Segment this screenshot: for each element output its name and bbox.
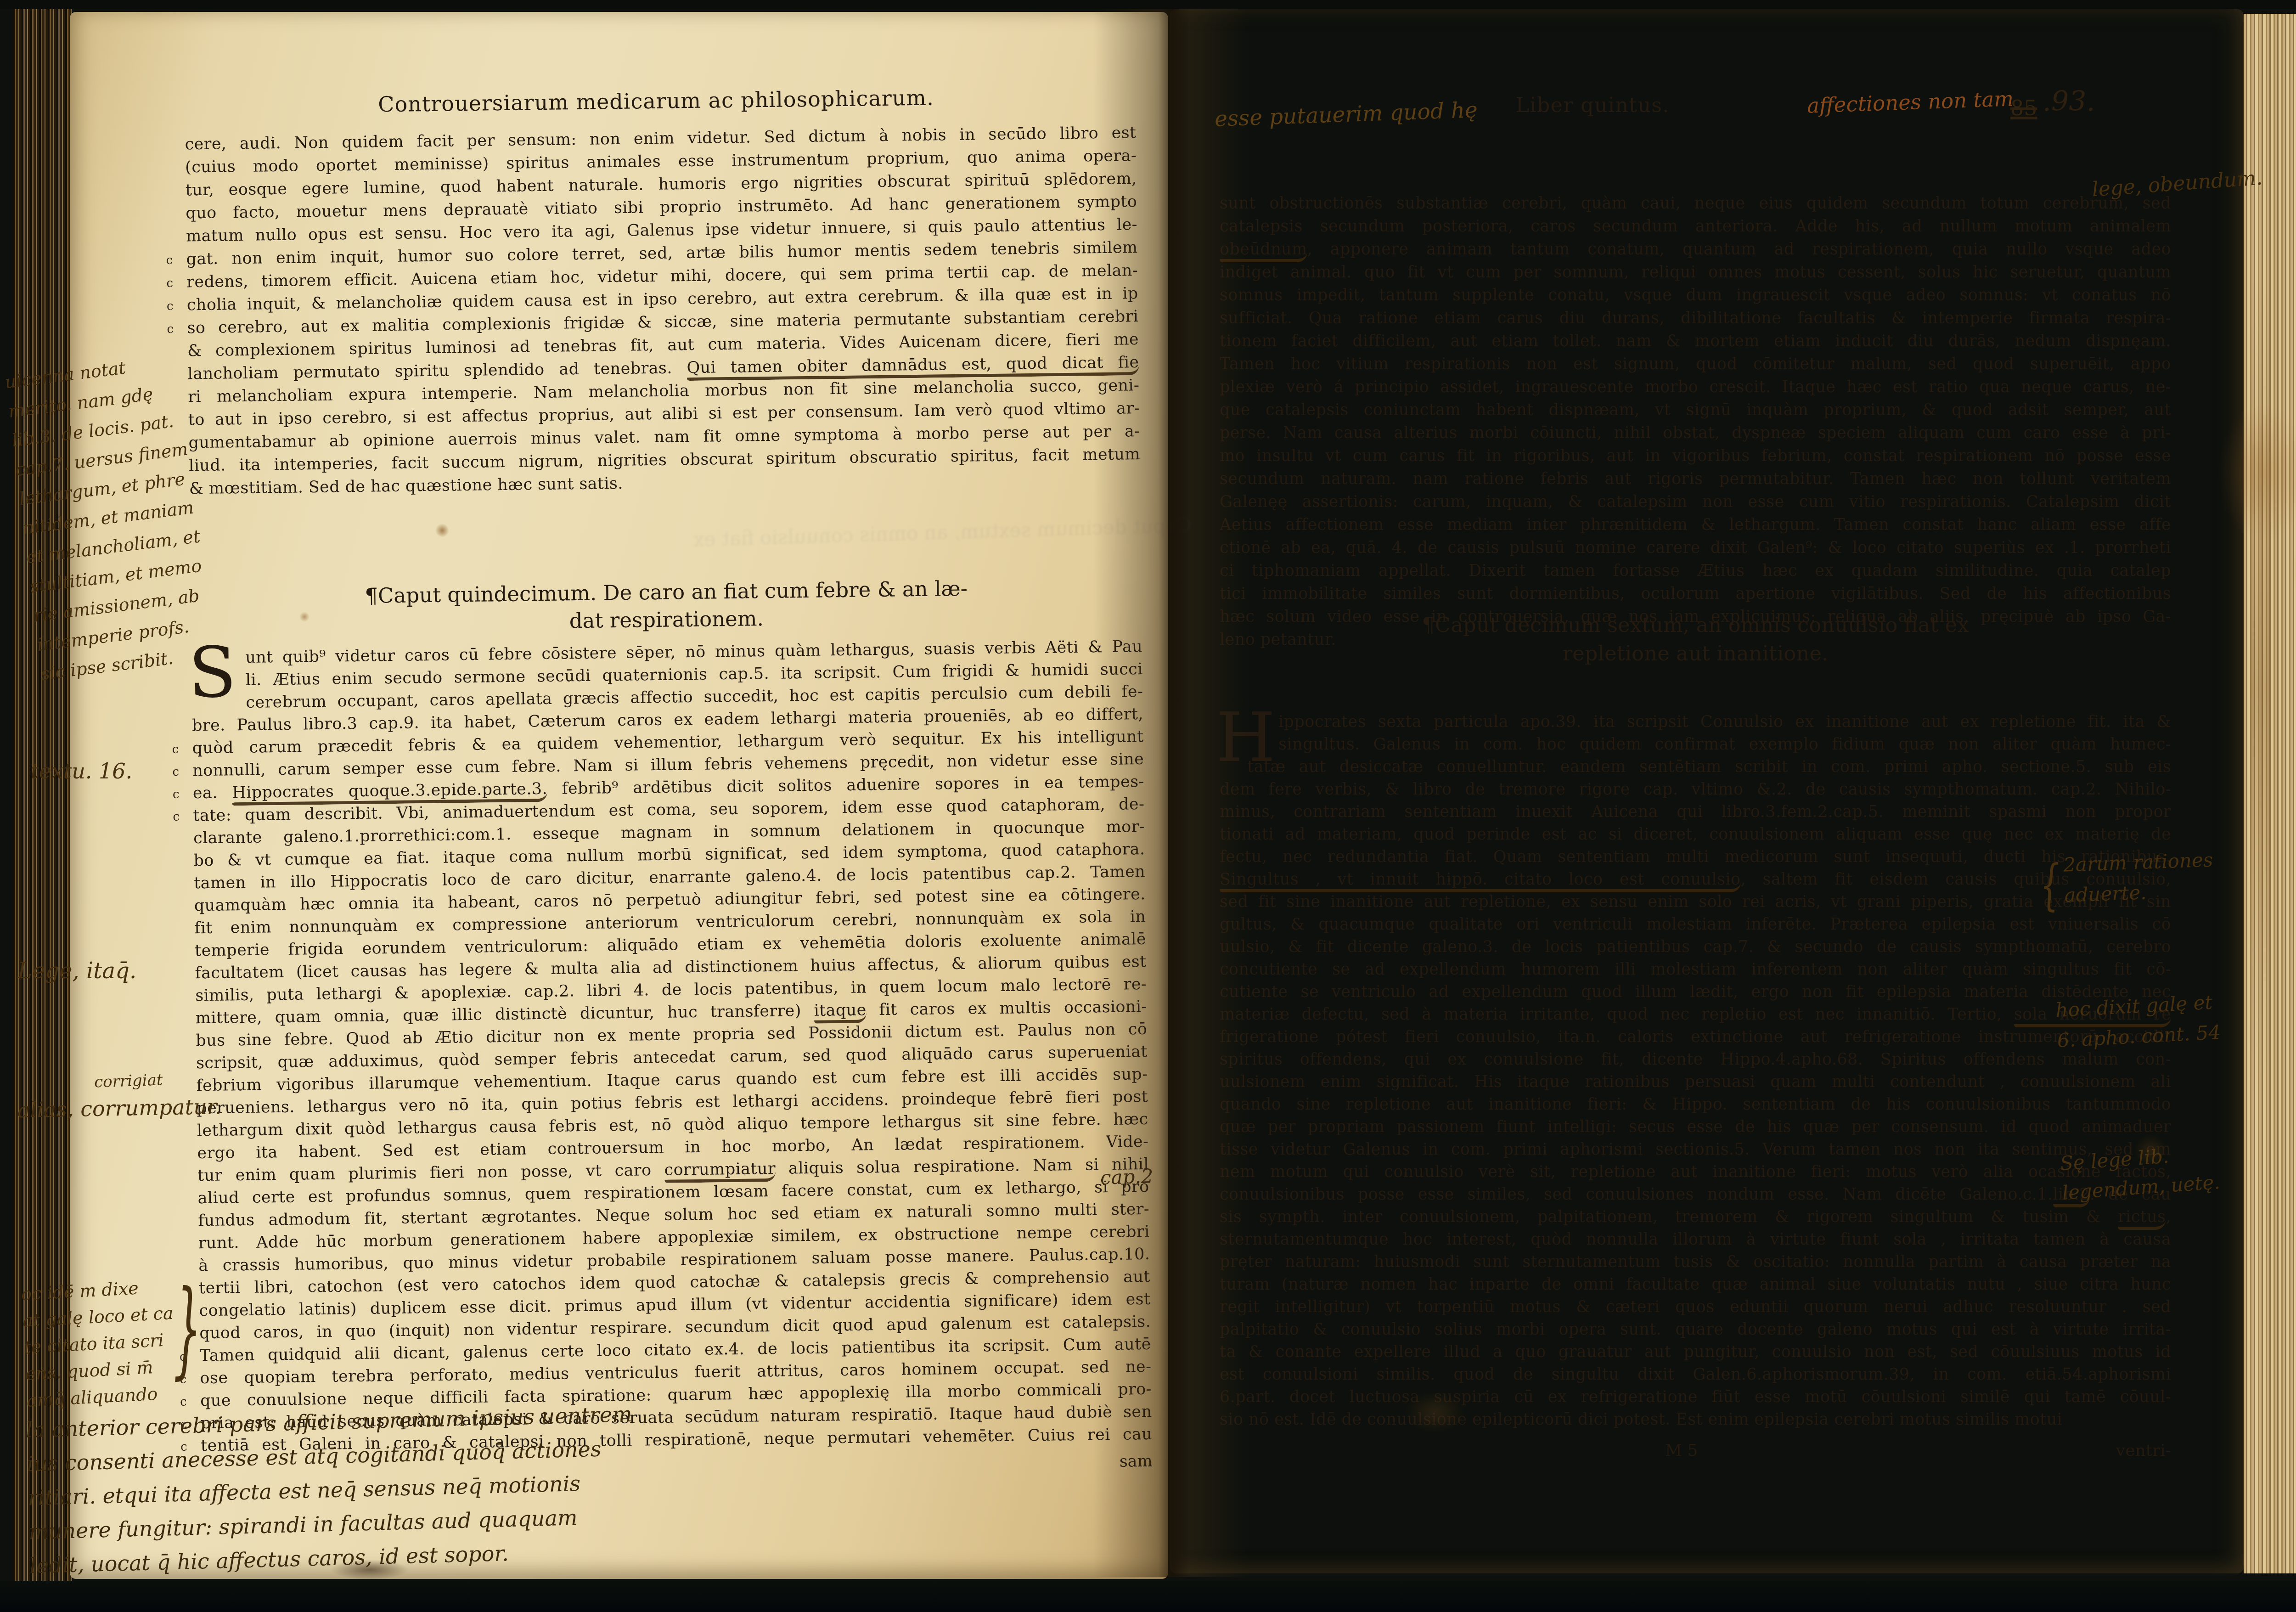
right-page: Controuersiarum medicarum ac philosophic… [1170, 9, 2244, 1573]
ink-underline: Singultus , vt innuit hippō. citato loco… [1220, 870, 1741, 892]
text-line: cutiente se ventriculo ad expellendum qu… [1220, 981, 2171, 1003]
left-page-content: Caput decimum sextum, an omnis conuulsio… [60, 6, 1178, 1586]
chapter-15-text: unt quib⁹ videtur caros cū febre cōsiste… [191, 636, 1152, 1457]
text-line: sis sympth. inter conuulsionem, palpitat… [1220, 1206, 2171, 1229]
margin-note-hoc-idem: oc idē m dixeat galę loco et cate citato… [21, 1273, 184, 1414]
text-line: materiæ defectu, sed à materia irritante… [1220, 1003, 2171, 1026]
paragraph-continuation: sunt obstructionēs substantiæ cerebri, q… [1220, 192, 2171, 651]
signature-mark: M 5 [1665, 1441, 2070, 1460]
ink-underline: corrumpiatur [664, 1160, 776, 1183]
margin-note-auicenna: uicenna notatmerito. nam gdęlib.3. de lo… [3, 344, 239, 688]
page-edges-right [2244, 14, 2296, 1573]
chapter-heading-line: repletione aut inanitione. [1220, 639, 2171, 668]
margin-note-corrigiat: corrigiat [94, 1071, 163, 1091]
signature-row: M 5 ventri- [1220, 1441, 2171, 1460]
text-line: Galenęę assertionis: carum, inquam, & ca… [1220, 490, 2171, 513]
chapter-heading-15: ¶Caput quindecimum. De caro an fiat cum … [190, 573, 1142, 639]
manuscript-brace: { [2038, 826, 2062, 944]
spacer [1220, 1441, 1665, 1460]
text-line: nem motum qui conuulsio verè sit, replet… [1220, 1161, 2171, 1184]
text-line: singultus. Galenus in com. hoc quidem co… [1220, 733, 2171, 756]
text-line: indiget animal. quo fit vt cum per somnu… [1220, 261, 2171, 284]
photo-border-top [0, 0, 2296, 9]
paragraph-continuation: cere, audi. Non quidem facit per sensum:… [185, 121, 1141, 500]
book-photo: Caput decimum sextum, an omnis conuulsio… [0, 0, 2296, 1612]
text-line: mo insultu vt cum carus fit in rigoribus… [1220, 445, 2171, 468]
text-line: palpitatio & conuulsio solius morbi oper… [1220, 1319, 2171, 1341]
ink-underline: itaque [814, 1001, 867, 1023]
text-line: Aetius affectionem esse mediam inter phr… [1220, 513, 2171, 536]
margin-note-lege-itaque: Lege, itaq̄. [17, 958, 136, 984]
text-line: tionati ad materiam, quod perinde est ac… [1220, 823, 2171, 846]
text-line: ci tiphomaniam appellat. Dixerit tamen f… [1220, 559, 2171, 582]
margin-note-textu16: textu. 16. [30, 759, 132, 783]
chapter-heading-line: ¶Caput decimum sextum, an omnis conuulsi… [1220, 611, 2171, 639]
chapter-16-text: ippocrates sexta particula apo.39. ita s… [1220, 711, 2171, 1431]
catchword: ventri- [2070, 1441, 2171, 1460]
text-line: sunt obstructionēs substantiæ cerebri, q… [1220, 192, 2171, 215]
text-line: 2arum rationes [2063, 845, 2213, 880]
text-line: quæ per propriam passionem fiunt intelli… [1220, 1116, 2171, 1139]
margin-note-rationes: { 2arum rationesaduerte. [2038, 845, 2215, 919]
text-line: ta & conante expellere illud a quo graua… [1220, 1341, 2171, 1364]
text-line: est conuulsioni similis. quod de singult… [1220, 1364, 2171, 1386]
margin-note-rationes-text: 2arum rationesaduerte. [2063, 845, 2215, 919]
showthrough-text: Caput decimum sextum, an omnis conuulsio… [549, 514, 1192, 556]
text-line: 6.part. docet luctuosa suspiria cū ex re… [1220, 1386, 2171, 1409]
running-header: Liber quintus. [1491, 93, 1694, 117]
text-line: gultus, & quacumque qualitate ori ventri… [1220, 913, 2171, 936]
text-line: sufficiat. Qua ratione etiam carus diu d… [1220, 307, 2171, 330]
text-line: uulsio, & fit dicente galeno.3. de locis… [1220, 936, 2171, 958]
chapter-heading-16: ¶Caput decimum sextum, an omnis conuulsi… [1220, 611, 2171, 668]
text-line: ctionē ab ea, quā. 4. de causis pulsuū n… [1220, 536, 2171, 559]
struck-page-number: 85 [2010, 96, 2037, 120]
margin-note-sic-lege: Sę lege lib.legendum, uetę. [2059, 1138, 2221, 1208]
text-line: conuulsionibus posse esse similes, sed c… [1220, 1184, 2171, 1206]
text-line: somnus impedit, tantum supplente conatu,… [1220, 284, 2171, 307]
left-page: Caput decimum sextum, an omnis conuulsio… [70, 12, 1168, 1579]
text-line: sternutamentumque hoc interest, quòd non… [1220, 1229, 2171, 1251]
text-line: regit intelligitur) vt torpentiū motus &… [1220, 1296, 2171, 1319]
text-line: plexiæ verò á principio assidet, ingraue… [1220, 376, 2171, 399]
text-line: ippocrates sexta particula apo.39. ita s… [1220, 711, 2171, 733]
text-line: que catalepsis coniunctam habent dispnæa… [1220, 399, 2171, 422]
bottom-handwriting: la anterior cerebri pars afficit supremu… [25, 1394, 746, 1583]
margin-note-cap2: cap.2 [1100, 1165, 1154, 1189]
text-line: Singultus , vt innuit hippō. citato loco… [1220, 868, 2171, 891]
text-line: frigeratione pótest fieri conuulsio, ita… [1220, 1026, 2171, 1048]
text-line: minus, contrariam sententiam inuexit Aui… [1220, 801, 2171, 823]
text-line: spiritus offendens, qui ex conuulsione f… [1220, 1048, 2171, 1071]
text-line: dem fere verbis, & libro de tremore rigo… [1220, 778, 2171, 801]
running-header: Controuersiarum medicarum ac philosophic… [176, 83, 1136, 119]
text-line: Tamen hoc vitium respirationis non est s… [1220, 353, 2171, 376]
text-line: secundum naturam. nam ratione febris aut… [1220, 468, 2171, 490]
text-line: fectu, nec redundantia fiat. Quam senten… [1220, 846, 2171, 868]
handwritten-page-number: .93. [2043, 85, 2095, 118]
margin-note-alias-corrumpatur: alias, corrumpatur. [17, 1094, 222, 1122]
text-line: obeūdnum, apponere animam tantum conatum… [1220, 238, 2171, 261]
text-line: sed fit sine inanitione aut repletione, … [1220, 891, 2171, 913]
text-line: tionem faciet difficilem, aut etiam toll… [1220, 330, 2171, 353]
ink-underline: obeūdnum [1220, 240, 1307, 262]
text-line: uulsionem enim significat. His itaque ra… [1220, 1071, 2171, 1093]
text-line: catalepsis secundum posteriora, caros se… [1220, 215, 2171, 238]
text-line: tici immobilitate similes sunt dormienti… [1220, 582, 2171, 605]
text-line: quando sine repletione aut inanitione fi… [1220, 1093, 2171, 1116]
text-line: turam (naturæ nomen hac inparte de omni … [1220, 1274, 2171, 1296]
text-line: concutiente se ad expellendum humorem il… [1220, 958, 2171, 981]
text-line: aduerte. [2064, 875, 2214, 910]
text-line: pręter naturam: huiusmodi sunt sternutam… [1220, 1251, 2171, 1274]
photo-border-bottom [0, 1581, 2296, 1612]
ink-underline: rictus [2118, 1208, 2166, 1230]
margin-note-hoc-dixit: hoc dixit galę et6. apho. cont. 54 [2055, 987, 2222, 1056]
text-line: tatæ aut desiccatæ conuelluntur. eandem … [1220, 756, 2171, 778]
text-line: sio nō est. Idē de conuulsione epileptic… [1220, 1409, 2171, 1431]
text-line: perse. Nam causa alterius morbi cōiuncti… [1220, 422, 2171, 445]
text-line: tisse videtur Galenus in com. primi apho… [1220, 1139, 2171, 1161]
